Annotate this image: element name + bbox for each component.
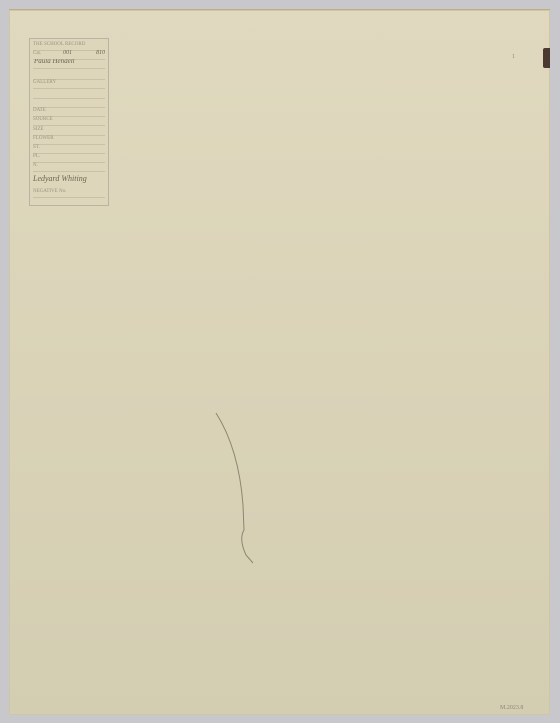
card-number-right: 810 (96, 50, 105, 57)
card-name-line: Paula Hendell (33, 59, 105, 69)
handwritten-name: Paula Hendell (34, 59, 75, 65)
bottom-inscription: M.2023.8 (500, 705, 523, 711)
card-row-6: SOURCE (33, 116, 105, 126)
catalog-label-card: THE SCHOOL RECORD Cat. 001 810 Paula Hen… (29, 38, 109, 206)
hanging-tab (543, 48, 550, 68)
handwritten-signature: Ledyard Whiting (33, 175, 87, 183)
card-number-value: 001 (63, 50, 72, 57)
card-row-2: GALLERY (33, 79, 105, 89)
corner-mark: 1 (512, 54, 515, 60)
card-number-label: Cat. (33, 51, 41, 56)
card-signature-line: Ledyard Whiting (33, 175, 105, 186)
paper-crease-mark (210, 405, 260, 570)
card-row-11: N. (33, 162, 105, 172)
card-footer-line: NEGATIVE No. (33, 188, 105, 198)
